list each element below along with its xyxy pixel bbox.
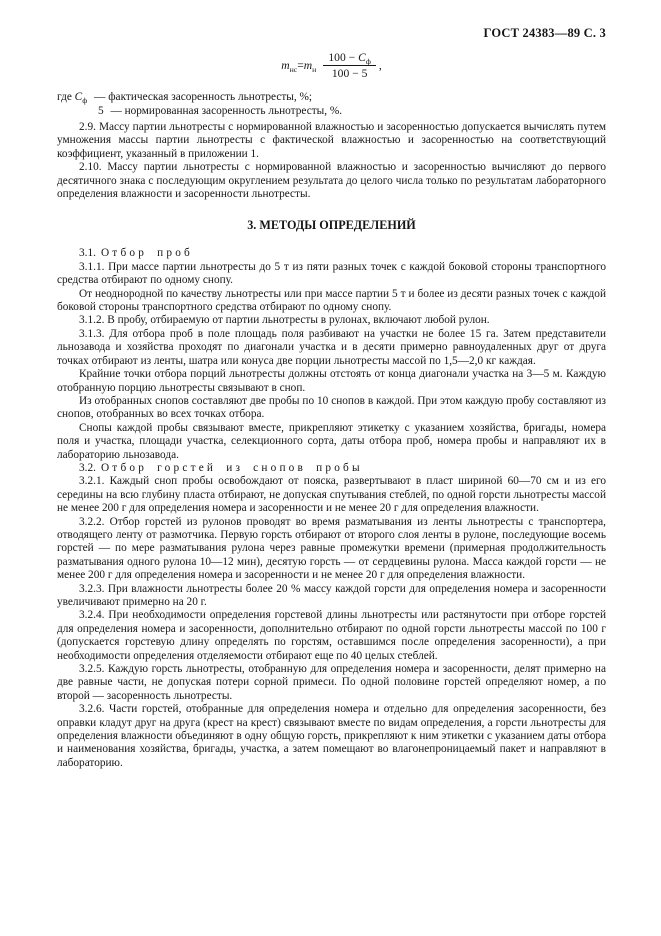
legend-text-2: — нормированная засоренность льнотресты,… — [110, 105, 342, 117]
paragraph-3-2-2: 3.2.2. Отбор горстей из рулонов проводят… — [57, 516, 606, 583]
subheading-3-1-num: 3.1. — [79, 247, 96, 259]
paragraph-3-1-1-cont: От неоднородной по качеству льнотресты и… — [57, 288, 606, 315]
formula: mнс=mн 100 − Сф 100 − 5 , — [57, 51, 606, 80]
formula-rhs-sub: н — [312, 65, 316, 74]
page-header: ГОСТ 24383—89 С. 3 — [57, 26, 606, 41]
paragraph-3-1-3-cont-1: Крайние точки отбора порций льнотресты д… — [57, 368, 606, 395]
paragraph-3-2-6: 3.2.6. Части горстей, отобранные для опр… — [57, 703, 606, 770]
subheading-3-2: 3.2.Отбор горстей из снопов пробы — [57, 462, 606, 475]
formula-num-symbol: С — [358, 51, 366, 64]
legend-line-2: 5 — нормированная засоренность льнотрест… — [57, 104, 606, 118]
formula-tail: , — [379, 59, 382, 72]
formula-num-prefix: 100 − — [328, 51, 358, 64]
paragraph-3-1-3-cont-2: Из отобранных снопов составляют две проб… — [57, 395, 606, 422]
paragraph-3-2-3: 3.2.3. При влажности льнотресты более 20… — [57, 583, 606, 610]
subheading-3-2-num: 3.2. — [79, 462, 96, 474]
legend-lead: где — [57, 91, 72, 103]
subheading-3-1: 3.1.Отбор проб — [57, 247, 606, 260]
paragraph-3-2-5: 3.2.5. Каждую горсть льнотресты, отобран… — [57, 663, 606, 703]
legend-symbol-1-sub: ф — [82, 96, 87, 105]
document-page: ГОСТ 24383—89 С. 3 mнс=mн 100 − Сф 100 −… — [0, 0, 661, 936]
formula-legend: где Сф — фактическая засоренность льнотр… — [57, 90, 606, 118]
formula-rhs-base: m — [304, 59, 312, 72]
paragraph-3-1-3: 3.1.3. Для отбора проб в поле площадь по… — [57, 328, 606, 368]
section-heading-methods: 3. МЕТОДЫ ОПРЕДЕЛЕНИЙ — [57, 218, 606, 233]
paragraph-3-2-4: 3.2.4. При необходимости определения гор… — [57, 609, 606, 663]
subheading-3-1-title: Отбор проб — [101, 247, 193, 259]
paragraph-2-9: 2.9. Массу партии льнотресты с нормирова… — [57, 121, 606, 161]
formula-numerator: 100 − Сф — [323, 51, 376, 66]
paragraph-3-1-2: 3.1.2. В пробу, отбираемую от партии льн… — [57, 314, 606, 327]
subheading-3-2-title: Отбор горстей из снопов пробы — [101, 462, 363, 474]
paragraph-3-1-1: 3.1.1. При массе партии льнотресты до 5 … — [57, 261, 606, 288]
formula-denominator: 100 − 5 — [323, 66, 376, 80]
paragraph-3-2-1: 3.2.1. Каждый сноп пробы освобождают от … — [57, 475, 606, 515]
formula-fraction: 100 − Сф 100 − 5 — [323, 51, 376, 80]
formula-lhs-base: m — [281, 59, 289, 72]
paragraph-2-10: 2.10. Массу партии льнотресты с нормиров… — [57, 161, 606, 201]
legend-line-1: где Сф — фактическая засоренность льнотр… — [57, 90, 606, 104]
legend-symbol-2: 5 — [98, 105, 104, 117]
legend-text-1: — фактическая засоренность льнотресты, %… — [94, 91, 312, 103]
formula-num-sub: ф — [366, 57, 371, 66]
formula-lhs: mнс=mн — [281, 59, 316, 72]
paragraph-3-1-3-cont-3: Снопы каждой пробы связывают вместе, при… — [57, 422, 606, 462]
